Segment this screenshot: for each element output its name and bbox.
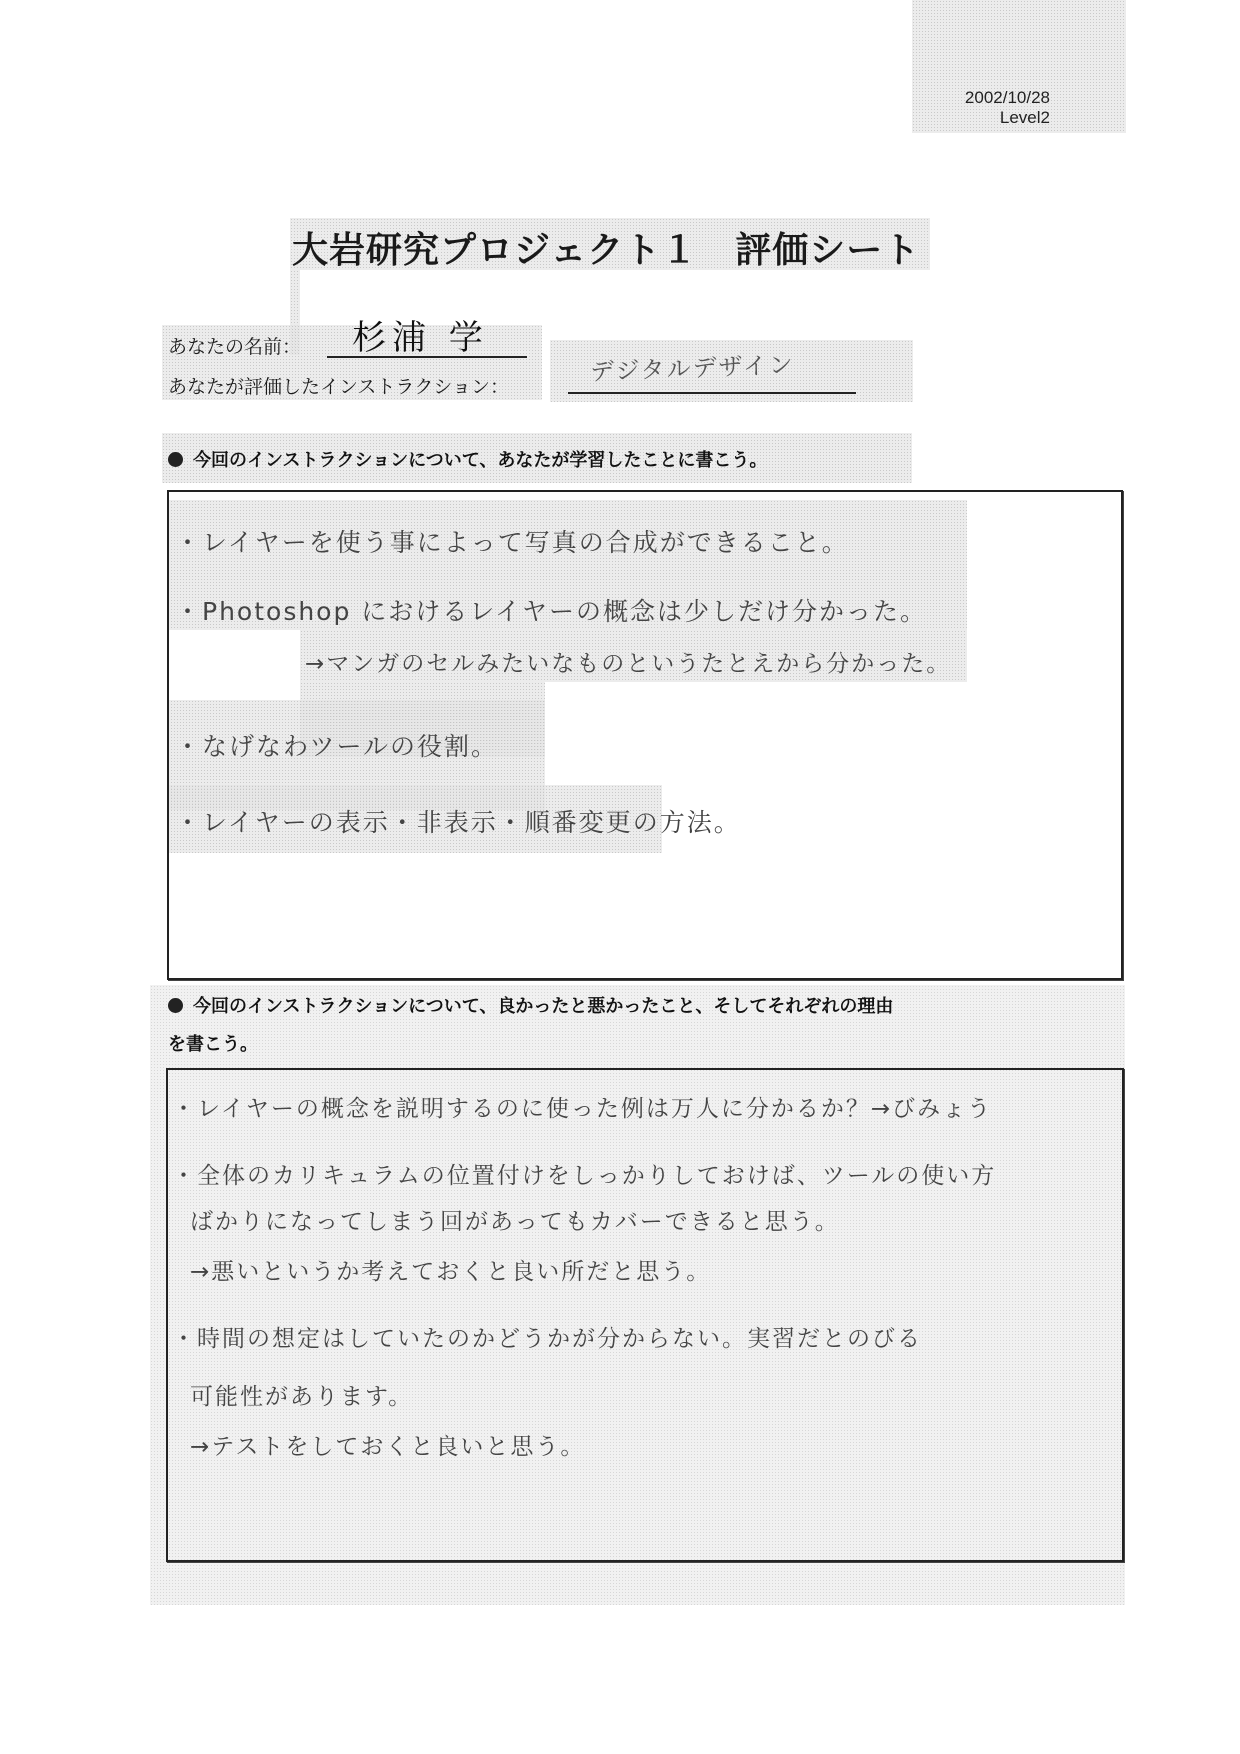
bullet-icon	[168, 998, 183, 1013]
name-label: あなたの名前：	[168, 332, 301, 359]
document-level: Level2	[900, 108, 1050, 128]
q1-answer-line-3: →マンガのセルみたいなものというたとえから分かった。	[305, 645, 951, 678]
q2-answer-line-2: ・全体のカリキュラムの位置付けをしっかりしておけば、ツールの使い方	[172, 1157, 996, 1190]
question-2-answer-box[interactable]	[166, 1068, 1124, 1562]
q2-answer-line-4: →悪いというか考えておくと良い所だと思う。	[190, 1253, 711, 1286]
q2-answer-line-5: ・時間の想定はしていたのかどうかが分からない。実習だとのびる	[172, 1320, 922, 1353]
q2-answer-line-3: ばかりになってしまう回があってもカバーできると思う。	[190, 1203, 840, 1236]
q2-answer-line-6: 可能性があります。	[190, 1378, 413, 1411]
document-date: 2002/10/28	[900, 88, 1050, 108]
instruction-underline	[568, 392, 856, 394]
bullet-icon	[168, 452, 183, 467]
q2-answer-line-1: ・レイヤーの概念を説明するのに使った例は万人に分かるか？→びみょう	[172, 1090, 992, 1123]
q1-answer-line-4: ・なげなわツールの役割。	[175, 727, 498, 763]
q2-answer-line-7: →テストをしておくと良いと思う。	[190, 1428, 585, 1461]
question-2-heading-cont: を書こう。	[168, 1030, 258, 1056]
q1-answer-line-1: ・レイヤーを使う事によって写真の合成ができること。	[175, 523, 849, 559]
instruction-value[interactable]: デジタルデザイン	[589, 345, 795, 387]
question-1-heading: 今回のインストラクションについて、あなたが学習したことに書こう。	[168, 446, 767, 472]
question-2-heading: 今回のインストラクションについて、良かったと悪かったこと、そしてそれぞれの理由	[168, 992, 893, 1018]
page-title: 大岩研究プロジェクト１ 評価シート	[292, 222, 920, 273]
name-underline	[327, 356, 527, 358]
document-meta: 2002/10/28 Level2	[900, 88, 1050, 128]
q1-answer-line-5: ・レイヤーの表示・非表示・順番変更の方法。	[175, 803, 741, 839]
name-value[interactable]: 杉浦 学	[352, 310, 489, 359]
q1-answer-line-2: ・Photoshop におけるレイヤーの概念は少しだけ分かった。	[175, 592, 927, 628]
instruction-label: あなたが評価したインストラクション：	[168, 372, 509, 399]
